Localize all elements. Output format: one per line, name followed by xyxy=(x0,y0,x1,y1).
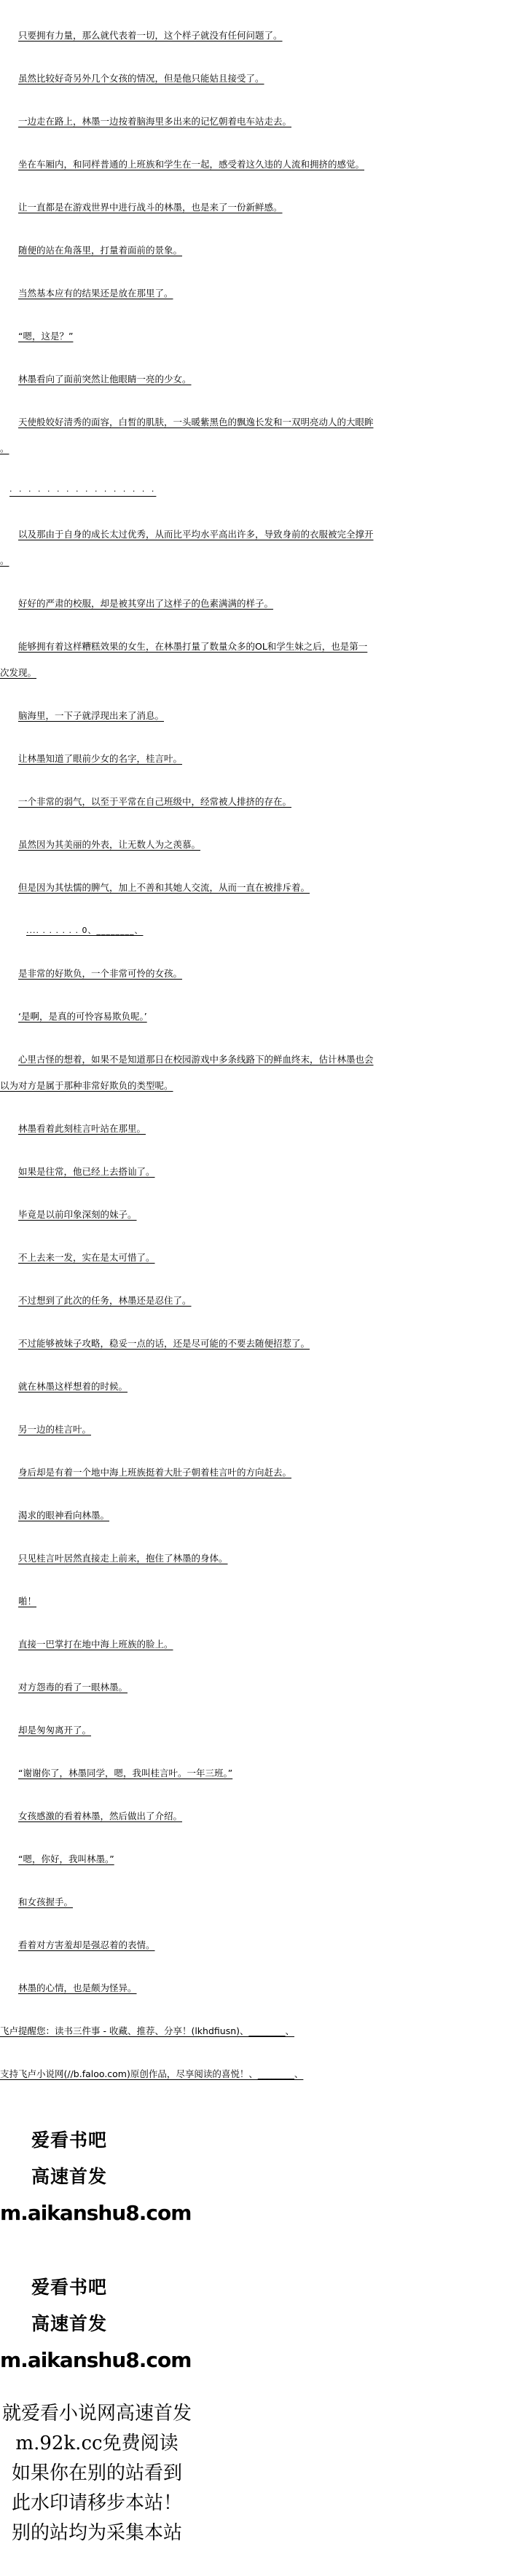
promo-block: 爱看书吧 高速首发 m.aikanshu8.com xyxy=(0,2122,138,2232)
novel-paragraph: 当然基本应有的结果还是放在那里了。 xyxy=(0,280,375,307)
promo-site-name: 爱看书吧 xyxy=(0,2122,138,2159)
novel-paragraph: 只要拥有力量，那么就代表着一切，这个样子就没有任何问题了。 xyxy=(0,23,375,49)
novel-paragraph: 看着对方害羞却是强忍着的表情。 xyxy=(0,1932,375,1958)
novel-paragraph: 和女孩握手。 xyxy=(0,1889,375,1915)
novel-paragraph: 让林墨知道了眼前少女的名字，桂言叶。 xyxy=(0,746,375,772)
novel-paragraph: 脑海里，一下子就浮现出来了消息。 xyxy=(0,703,375,729)
novel-paragraph: 一边走在路上，林墨一边按着脑海里多出来的记忆朝着电车站走去。 xyxy=(0,109,375,135)
novel-paragraph: 渴求的眼神看向林墨。 xyxy=(0,1502,375,1529)
promo-domain: m.aikanshu8.com xyxy=(0,2342,138,2379)
separator-dots-line: · · · · · · · · · · · · · · · · xyxy=(9,478,375,505)
promo-tagline: 高速首发 xyxy=(0,2159,138,2195)
novel-paragraph: 身后却是有着一个地中海上班族挺着大肚子朝着桂言叶的方向赶去。 xyxy=(0,1460,375,1486)
novel-paragraph-dialogue: “嗯，你好，我叫林墨。” xyxy=(0,1846,375,1872)
site-watermark-block: 就爱看小说网高速首发 m.92k.cc免费阅读 如果你在别的站看到 此水印请移步… xyxy=(0,2399,194,2548)
promo-site-name: 爱看书吧 xyxy=(0,2269,138,2306)
novel-paragraph: 林墨看着此刻桂言叶站在那里。 xyxy=(0,1116,375,1142)
watermark-line: m.92k.cc免费阅读 xyxy=(0,2429,194,2459)
novel-paragraph: 却是匆匆离开了。 xyxy=(0,1717,375,1744)
novel-paragraph-thought: ‘是啊，是真的可怜容易欺负呢。’ xyxy=(0,1004,375,1030)
watermark-line: 此水印请移步本站！ xyxy=(0,2489,194,2518)
novel-paragraph: 毕竟是以前印象深刻的妹子。 xyxy=(0,1202,375,1228)
novel-paragraph: 随便的站在角落里，打量着面前的景象。 xyxy=(0,237,375,264)
novel-text-body: 只要拥有力量，那么就代表着一切，这个样子就没有任何问题了。 虽然比较好奇另外几个… xyxy=(0,0,375,2087)
novel-paragraph: 好好的严肃的校服，却是被其穿出了这样子的色素满满的样子。 xyxy=(0,591,375,617)
novel-paragraph: 以及那由于自身的成长太过优秀，从而比平均水平高出许多，导致身前的衣服被完全撑开。 xyxy=(0,521,375,574)
novel-paragraph: 虽然比较好奇另外几个女孩的情况，但是他只能姑且接受了。 xyxy=(0,66,375,92)
novel-paragraph: 天使般姣好清秀的面容，白皙的肌肤，一头暖紫黑色的飘逸长发和一双明亮动人的大眼眸。 xyxy=(0,409,375,462)
novel-paragraph: 一个非常的弱气，以至于平常在自己班级中，经常被人排挤的存在。 xyxy=(0,789,375,815)
novel-paragraph: 对方怨毒的看了一眼林墨。 xyxy=(0,1674,375,1701)
novel-paragraph: 不过想到了此次的任务，林墨还是忍住了。 xyxy=(0,1288,375,1314)
watermark-line: 如果你在别的站看到 xyxy=(0,2459,194,2489)
novel-paragraph: 只见桂言叶居然直接走上前来，抱住了林墨的身体。 xyxy=(0,1545,375,1572)
novel-paragraph: 虽然因为其美丽的外表，让无数人为之羡慕。 xyxy=(0,832,375,858)
novel-paragraph-dialogue: “嗯，这是？” xyxy=(0,323,375,350)
watermark-line: 就爱看小说网高速首发 xyxy=(0,2399,194,2429)
novel-paragraph: 让一直都是在游戏世界中进行战斗的林墨，也是来了一份新鲜感。 xyxy=(0,194,375,221)
promo-tagline: 高速首发 xyxy=(0,2306,138,2342)
novel-paragraph: 不上去来一发，实在是太可惜了。 xyxy=(0,1245,375,1271)
promo-block: 爱看书吧 高速首发 m.aikanshu8.com xyxy=(0,2269,138,2379)
novel-paragraph: 如果是往常，他已经上去搭讪了。 xyxy=(0,1159,375,1185)
novel-paragraph: 但是因为其怯懦的脾气，加上不善和其她人交流，从而一直在被排斥着。 xyxy=(0,875,375,901)
novel-paragraph: 是非常的好欺负，一个非常可怜的女孩。 xyxy=(0,961,375,987)
novel-paragraph: 坐在车厢内，和同样普通的上班族和学生在一起，感受着这久违的人流和拥挤的感觉。 xyxy=(0,151,375,178)
watermark-line: 别的站均为采集本站 xyxy=(0,2518,194,2548)
novel-paragraph: 心里古怪的想着，如果不是知道那日在校园游戏中多条线路下的鲜血终末，估计林墨也会以… xyxy=(0,1047,375,1099)
novel-paragraph: 女孩感激的看着林墨，然后做出了介绍。 xyxy=(0,1803,375,1829)
separator-dots-line: .... . . . . . . 0、________、 xyxy=(26,918,375,944)
novel-paragraph: 就在林墨这样想着的时候。 xyxy=(0,1374,375,1400)
promo-domain: m.aikanshu8.com xyxy=(0,2195,138,2232)
novel-paragraph: 林墨看向了面前突然让他眼睛一亮的少女。 xyxy=(0,366,375,393)
novel-paragraph: 不过能够被妹子攻略，稳妥一点的话，还是尽可能的不要去随便招惹了。 xyxy=(0,1331,375,1357)
novel-paragraph: 直接一巴掌打在地中海上班族的脸上。 xyxy=(0,1631,375,1658)
faloo-reminder-line: 飞卢提醒您：读书三件事 - 收藏、推荐、分享！(lkhdfiusn)、_____… xyxy=(0,2018,375,2044)
faloo-support-line: 支持飞卢小说网(//b.faloo.com)原创作品，尽享阅读的喜悦！、____… xyxy=(0,2061,375,2087)
novel-paragraph: 另一边的桂言叶。 xyxy=(0,1417,375,1443)
novel-paragraph: 林墨的心情，也是颇为怪异。 xyxy=(0,1975,375,2001)
novel-paragraph: 能够拥有着这样糟糕效果的女生，在林墨打量了数量众多的OL和学生妹之后，也是第一次… xyxy=(0,634,375,686)
novel-paragraph-dialogue: “谢谢你了，林墨同学，嗯，我叫桂言叶。一年三班。” xyxy=(0,1760,375,1787)
novel-paragraph: 啪！ xyxy=(0,1588,375,1615)
